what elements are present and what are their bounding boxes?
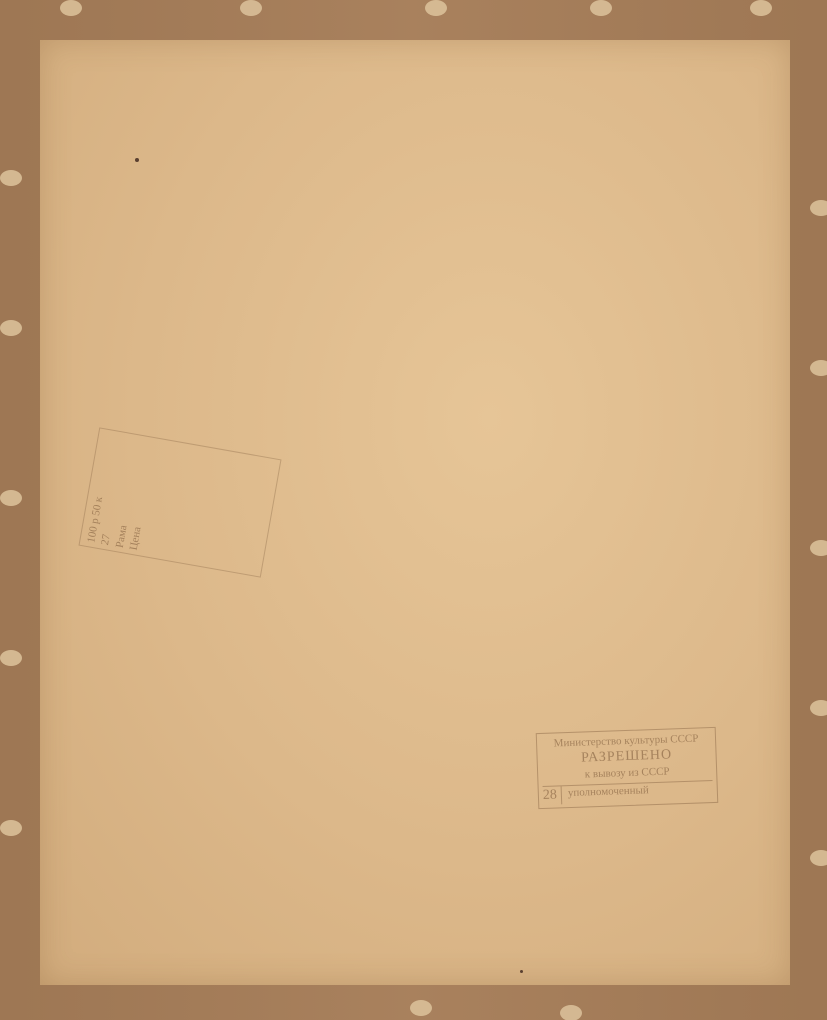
price-stamp: 100 р 50 к 27 Рама Цена — [78, 427, 281, 577]
tack-mark — [810, 700, 827, 716]
tack-mark — [410, 1000, 432, 1016]
export-stamp-authorized: уполномоченный — [562, 783, 650, 804]
tack-mark — [0, 820, 22, 836]
tack-mark — [60, 0, 82, 16]
tack-mark — [0, 650, 22, 666]
export-permit-stamp: Министерство культуры СССР РАЗРЕШЕНО к в… — [536, 727, 719, 809]
tack-mark — [810, 360, 827, 376]
tack-mark — [0, 170, 22, 186]
tack-mark — [0, 490, 22, 506]
tack-mark — [425, 0, 447, 16]
tack-mark — [590, 0, 612, 16]
tack-mark — [560, 1005, 582, 1020]
speck — [135, 158, 139, 162]
cardboard-backing: 100 р 50 к 27 Рама Цена Министерство кул… — [40, 40, 790, 985]
tack-mark — [810, 850, 827, 866]
frame: 100 р 50 к 27 Рама Цена Министерство кул… — [0, 0, 827, 1020]
export-stamp-number: 28 — [543, 786, 563, 805]
tack-mark — [0, 320, 22, 336]
tack-mark — [240, 0, 262, 16]
speck — [520, 970, 523, 973]
tack-mark — [750, 0, 772, 16]
tack-mark — [810, 540, 827, 556]
tack-mark — [810, 200, 827, 216]
